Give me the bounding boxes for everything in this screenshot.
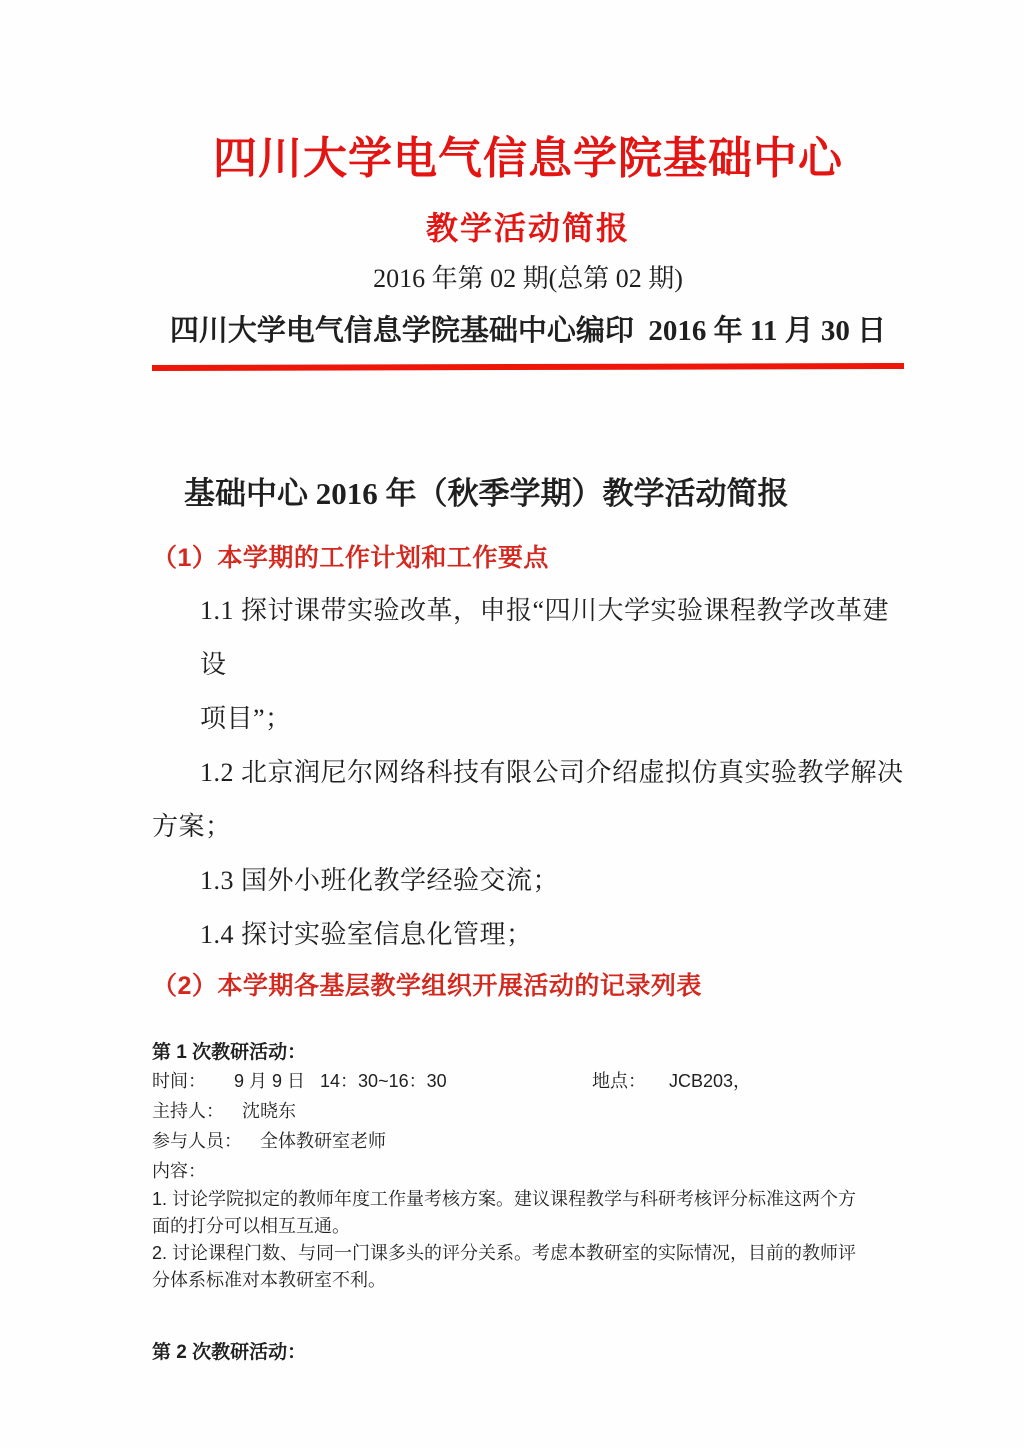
- content-label: 内容：: [152, 1156, 206, 1186]
- plan-line-2a: 1.2 北京润尼尔网络科技有限公司介绍虚拟仿真实验教学解决: [200, 746, 904, 800]
- section2-heading: （2）本学期各基层教学组织开展活动的记录列表: [152, 970, 904, 1002]
- masthead: 四川大学电气信息学院基础中心 教学活动简报 2016 年第 02 期(总第 02…: [152, 0, 904, 370]
- activity-record-1: 第 1 次教研活动： 时间： 9 月 9 日 14：30~16：30 地点： J…: [152, 1040, 904, 1366]
- activity1-heading: 第 1 次教研活动：: [152, 1040, 904, 1066]
- activity1-host-row: 主持人： 沈晓东: [152, 1096, 904, 1126]
- location-value: JCB203，: [669, 1071, 751, 1091]
- doc-subtitle: 教学活动简报: [152, 208, 904, 248]
- publisher-line: 四川大学电气信息学院基础中心编印 2016 年 11 月 30 日: [152, 312, 904, 350]
- activity2-heading: 第 2 次教研活动：: [152, 1340, 904, 1366]
- plan-line-1b: 项目”；: [200, 692, 904, 746]
- participants-label: 参与人员：: [152, 1126, 242, 1156]
- activity1-participants-row: 参与人员： 全体教研室老师: [152, 1126, 904, 1156]
- host-value: 沈晓东: [242, 1096, 296, 1126]
- report-heading: 基础中心 2016 年（秋季学期）教学活动简报: [184, 474, 904, 514]
- doc-title: 四川大学电气信息学院基础中心: [152, 132, 904, 186]
- plan-list: 1.1 探讨课带实验改革，申报“四川大学实验课程教学改革建设 项目”； 1.2 …: [152, 584, 904, 962]
- activity1-content-item-1: 1. 讨论学院拟定的教师年度工作量考核方案。建议课程教学与科研考核评分标准这两个…: [152, 1186, 864, 1240]
- activity1-content-item-2: 2. 讨论课程门数、与同一门课多头的评分关系。考虑本教研室的实际情况，目前的教师…: [152, 1240, 864, 1294]
- plan-line-3: 1.3 国外小班化教学经验交流；: [200, 854, 904, 908]
- location-label: 地点：: [592, 1071, 646, 1091]
- activity1-time-location-row: 时间： 9 月 9 日 14：30~16：30 地点： JCB203，: [152, 1066, 904, 1096]
- issue-line: 2016 年第 02 期(总第 02 期): [152, 262, 904, 296]
- activity1-content-row: 内容：: [152, 1156, 904, 1186]
- section1-heading: （1）本学期的工作计划和工作要点: [152, 542, 904, 574]
- time-label: 时间：: [152, 1066, 206, 1096]
- header-divider-rule: [152, 363, 904, 371]
- time-value: 9 月 9 日 14：30~16：30: [234, 1066, 447, 1096]
- document-page: 四川大学电气信息学院基础中心 教学活动简报 2016 年第 02 期(总第 02…: [0, 0, 1024, 1448]
- participants-value: 全体教研室老师: [260, 1126, 386, 1156]
- plan-line-1a: 1.1 探讨课带实验改革，申报“四川大学实验课程教学改革建设: [200, 584, 904, 692]
- host-label: 主持人：: [152, 1096, 224, 1126]
- activity1-location-cell: 地点： JCB203，: [592, 1066, 751, 1096]
- plan-line-4: 1.4 探讨实验室信息化管理；: [200, 908, 904, 962]
- activity1-time-cell: 时间： 9 月 9 日 14：30~16：30: [152, 1066, 592, 1096]
- plan-line-2b: 方案；: [152, 800, 904, 854]
- report-body: 基础中心 2016 年（秋季学期）教学活动简报 （1）本学期的工作计划和工作要点…: [152, 474, 904, 1366]
